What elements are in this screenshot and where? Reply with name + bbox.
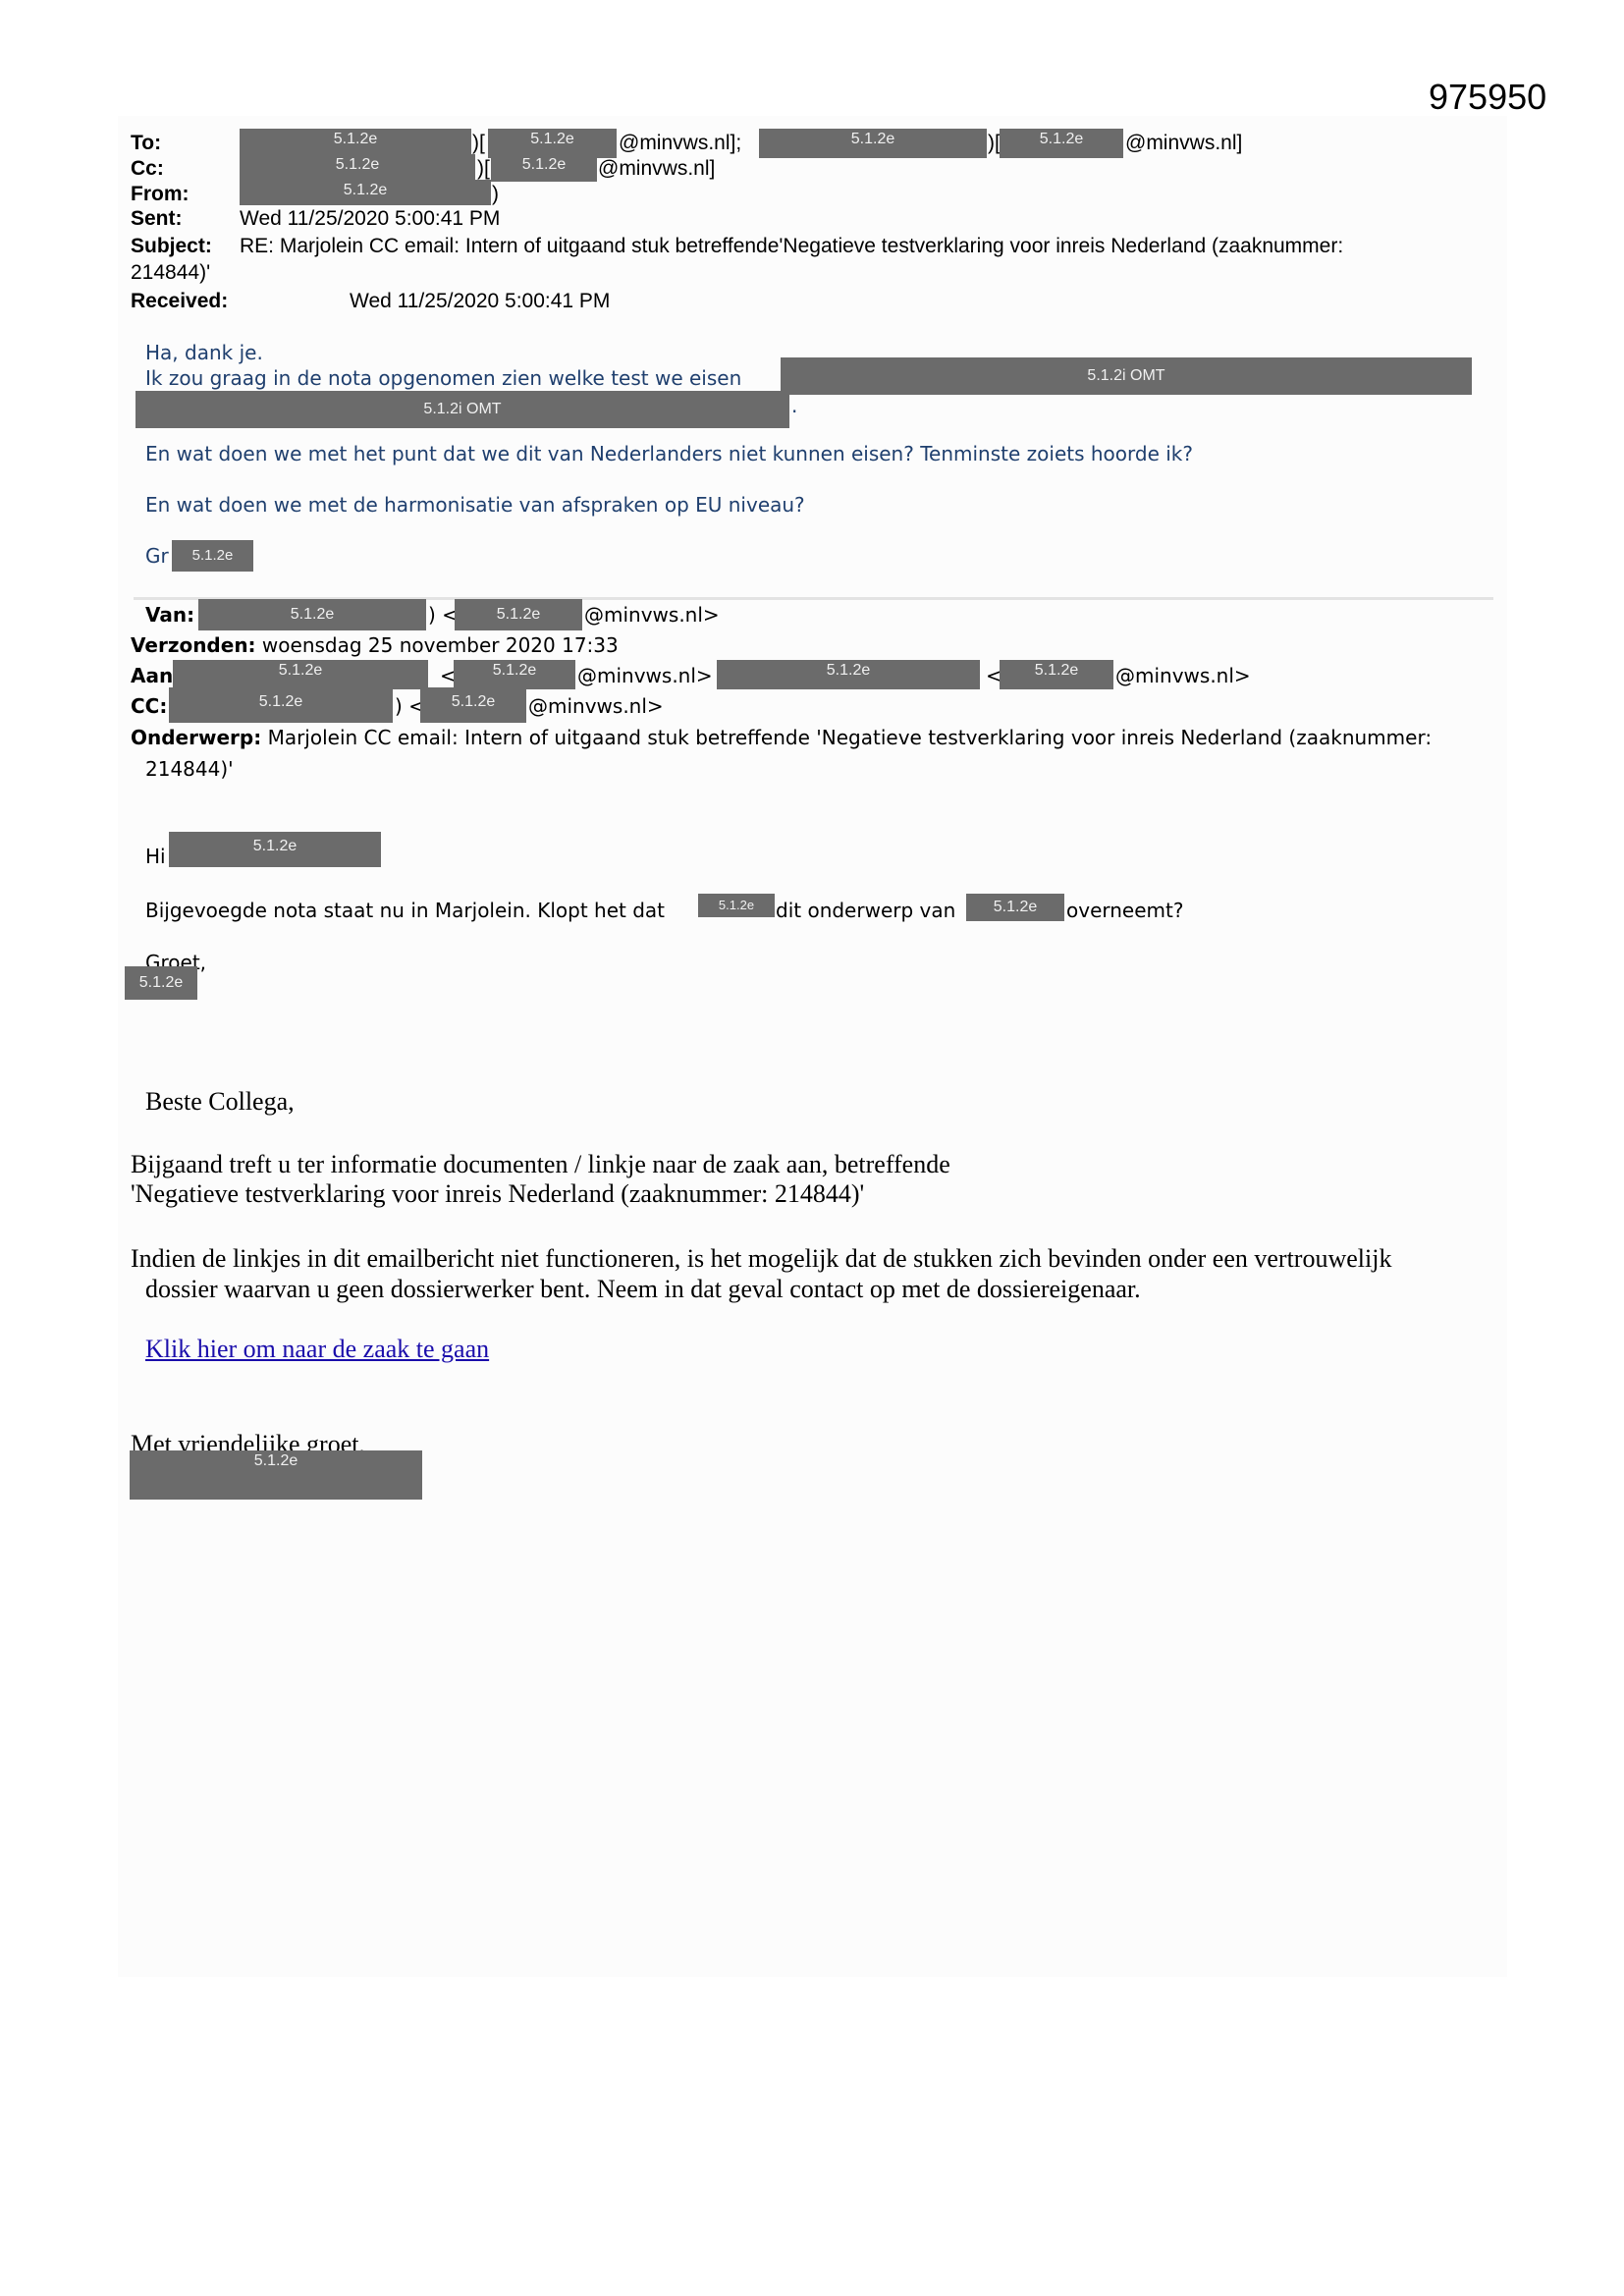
aan-label: Aan: [131, 664, 173, 687]
paragraph-line: Indien de linkjes in dit emailbericht ni…: [131, 1243, 1391, 1275]
redaction-box: 5.1.2e: [420, 687, 526, 723]
reply-line: Ik zou graag in de nota opgenomen zien w…: [145, 366, 741, 390]
redaction-box: 5.1.2e: [491, 154, 597, 182]
redaction-box: 5.1.2e: [169, 687, 393, 723]
reply-signoff: Gr: [145, 544, 169, 568]
paragraph-line: 'Negatieve testverklaring voor inreis Ne…: [131, 1178, 864, 1210]
redaction-box: 5.1.2e: [198, 599, 426, 630]
aan-domain: @minvws.nl>: [1115, 664, 1251, 687]
received-label: Received:: [131, 290, 228, 313]
separator: )[: [472, 132, 485, 155]
greeting: Hi: [145, 845, 166, 868]
page-number: 975950: [1429, 77, 1546, 118]
cc-domain: @minvws.nl]: [598, 157, 715, 181]
redaction-box: 5.1.2e: [454, 660, 575, 689]
redaction-box: 5.1.2i OMT: [781, 357, 1472, 395]
paragraph-line: Bijgaand treft u ter informatie document…: [131, 1149, 950, 1180]
subject-value: RE: Marjolein CC email: Intern of uitgaa…: [240, 235, 1343, 258]
reply-line: Ha, dank je.: [145, 341, 263, 364]
to-label: To:: [131, 132, 161, 155]
paragraph-line: dossier waarvan u geen dossierwerker ben…: [145, 1274, 1141, 1305]
redaction-box: 5.1.2i OMT: [135, 391, 789, 428]
redaction-box: 5.1.2e: [698, 894, 775, 917]
separator: )[: [477, 157, 490, 181]
redaction-box: 5.1.2e: [240, 180, 491, 205]
to-domain: @minvws.nl]: [1125, 132, 1242, 155]
subject-value-cont: 214844)': [131, 261, 210, 285]
separator: )[: [988, 132, 1001, 155]
redaction-box: 5.1.2e: [173, 660, 428, 689]
received-value: Wed 11/25/2020 5:00:41 PM: [350, 290, 610, 313]
redaction-box: 5.1.2e: [966, 894, 1064, 921]
verzonden-label: Verzonden:: [131, 633, 256, 657]
redaction-box: 5.1.2e: [1000, 129, 1123, 158]
salutation: Beste Collega,: [145, 1086, 295, 1118]
onderwerp-value: Marjolein CC email: Intern of uitgaand s…: [268, 726, 1433, 749]
body-text: dit onderwerp van: [776, 899, 955, 922]
redaction-box: 5.1.2e: [130, 1450, 422, 1500]
cc-domain: @minvws.nl>: [528, 694, 664, 718]
subject-label: Subject:: [131, 235, 212, 258]
redaction-box: 5.1.2e: [172, 540, 253, 572]
reply-line: En wat doen we met de harmonisatie van a…: [145, 493, 805, 517]
case-link[interactable]: Klik hier om naar de zaak te gaan: [145, 1334, 489, 1365]
redaction-box: 5.1.2e: [717, 660, 980, 689]
redaction-box: 5.1.2e: [125, 966, 197, 1000]
cc-label: Cc:: [131, 157, 164, 181]
redaction-box: 5.1.2e: [169, 832, 381, 867]
onderwerp-label: Onderwerp:: [131, 726, 261, 749]
van-label: Van:: [145, 603, 194, 627]
onderwerp-value-cont: 214844)': [145, 757, 234, 781]
cc-label: CC:: [131, 694, 167, 718]
separator: ): [492, 183, 499, 206]
sent-value: Wed 11/25/2020 5:00:41 PM: [240, 207, 500, 231]
sent-label: Sent:: [131, 207, 183, 231]
redaction-box: 5.1.2e: [759, 129, 987, 158]
to-domain: @minvws.nl];: [619, 132, 741, 155]
body-text: overneemt?: [1066, 899, 1183, 922]
verzonden-value: woensdag 25 november 2020 17:33: [262, 633, 619, 657]
body-text: Bijgevoegde nota staat nu in Marjolein. …: [145, 899, 665, 922]
aan-domain: @minvws.nl>: [577, 664, 713, 687]
redaction-box: 5.1.2e: [1000, 660, 1113, 689]
from-label: From:: [131, 183, 189, 206]
reply-line: En wat doen we met het punt dat we dit v…: [145, 442, 1193, 465]
van-domain: @minvws.nl>: [584, 603, 720, 627]
redaction-box: 5.1.2e: [455, 599, 582, 630]
reply-line-end: .: [791, 394, 797, 417]
redaction-box: 5.1.2e: [240, 154, 475, 182]
